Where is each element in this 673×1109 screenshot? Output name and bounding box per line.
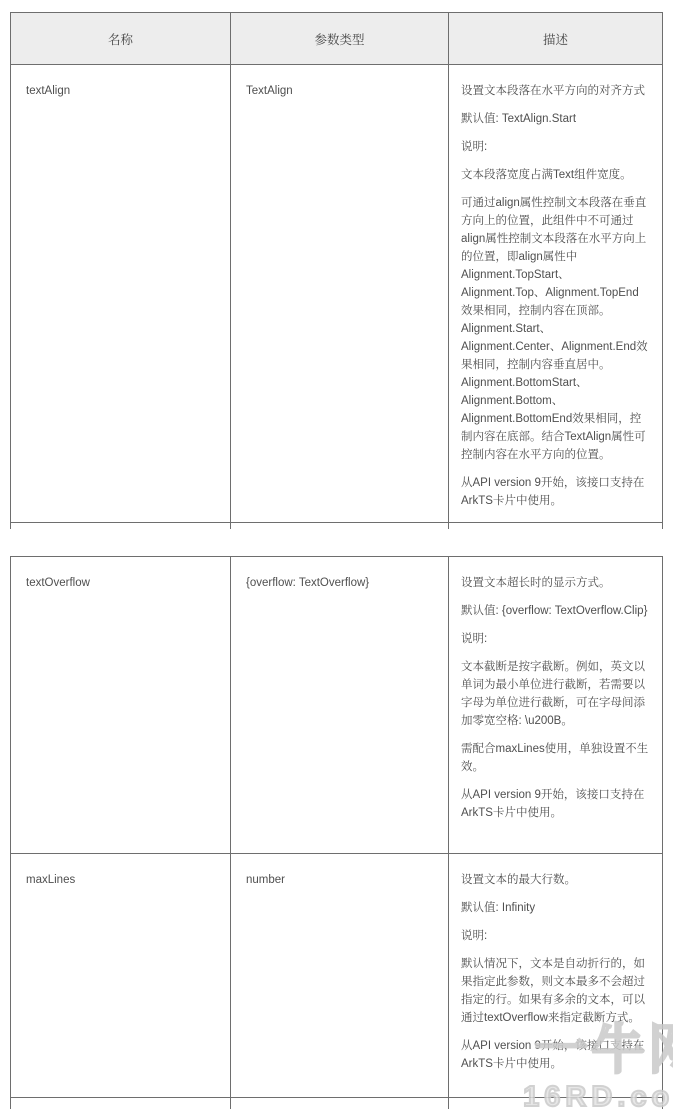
description-paragraph: 从API version 9开始，该接口支持在ArkTS卡片中使用。 [461,1037,650,1073]
attribute-table-textalign: 名称参数类型描述textAlignTextAlign设置文本段落在水平方向的对齐… [10,12,663,529]
clipped-next-row [11,1097,662,1109]
description-paragraph: 设置文本超长时的显示方式。 [461,574,650,592]
description-paragraph: 说明: [461,138,650,156]
column-header: 参数类型 [231,13,449,64]
description-paragraph: 默认值: Infinity [461,899,650,917]
description-paragraph: 默认情况下，文本是自动折行的，如果指定此参数，则文本最多不会超过指定的行。如果有… [461,955,650,1027]
description-paragraph: 设置文本的最大行数。 [461,871,650,889]
cell-parameter-type: TextAlign [231,65,449,522]
clipped-cell [449,1098,662,1109]
clipped-next-row [11,522,662,529]
description-paragraph: 默认值: TextAlign.Start [461,110,650,128]
cell-attribute-name: textOverflow [11,557,231,853]
clipped-cell [11,1098,231,1109]
attribute-table-textoverflow-maxlines: textOverflow{overflow: TextOverflow}设置文本… [10,556,663,1109]
cell-description: 设置文本段落在水平方向的对齐方式默认值: TextAlign.Start说明:文… [449,65,662,522]
description-paragraph: 说明: [461,927,650,945]
clipped-cell [11,523,231,529]
cell-parameter-type: number [231,854,449,1097]
clipped-cell [231,523,449,529]
description-paragraph: 文本截断是按字截断。例如，英文以单词为最小单位进行截断，若需要以字母为单位进行截… [461,658,650,730]
table-row: textAlignTextAlign设置文本段落在水平方向的对齐方式默认值: T… [11,65,662,522]
api-doc-page: 名称参数类型描述textAlignTextAlign设置文本段落在水平方向的对齐… [0,0,673,1109]
cell-description: 设置文本的最大行数。默认值: Infinity说明:默认情况下，文本是自动折行的… [449,854,662,1097]
description-paragraph: 说明: [461,630,650,648]
description-paragraph: 从API version 9开始，该接口支持在ArkTS卡片中使用。 [461,474,650,510]
description-paragraph: 可通过align属性控制文本段落在垂直方向上的位置，此组件中不可通过align属… [461,194,650,464]
column-header: 名称 [11,13,231,64]
cell-parameter-type: {overflow: TextOverflow} [231,557,449,853]
description-paragraph: 文本段落宽度占满Text组件宽度。 [461,166,650,184]
clipped-cell [449,523,662,529]
cell-description: 设置文本超长时的显示方式。默认值: {overflow: TextOverflo… [449,557,662,853]
column-header: 描述 [449,13,662,64]
table-row: maxLinesnumber设置文本的最大行数。默认值: Infinity说明:… [11,853,662,1097]
description-paragraph: 从API version 9开始，该接口支持在ArkTS卡片中使用。 [461,786,650,822]
clipped-cell [231,1098,449,1109]
description-paragraph: 需配合maxLines使用，单独设置不生效。 [461,740,650,776]
cell-attribute-name: textAlign [11,65,231,522]
table-row: textOverflow{overflow: TextOverflow}设置文本… [11,557,662,853]
description-paragraph: 默认值: {overflow: TextOverflow.Clip} [461,602,650,620]
table-header-row: 名称参数类型描述 [11,13,662,65]
cell-attribute-name: maxLines [11,854,231,1097]
description-paragraph: 设置文本段落在水平方向的对齐方式 [461,82,650,100]
